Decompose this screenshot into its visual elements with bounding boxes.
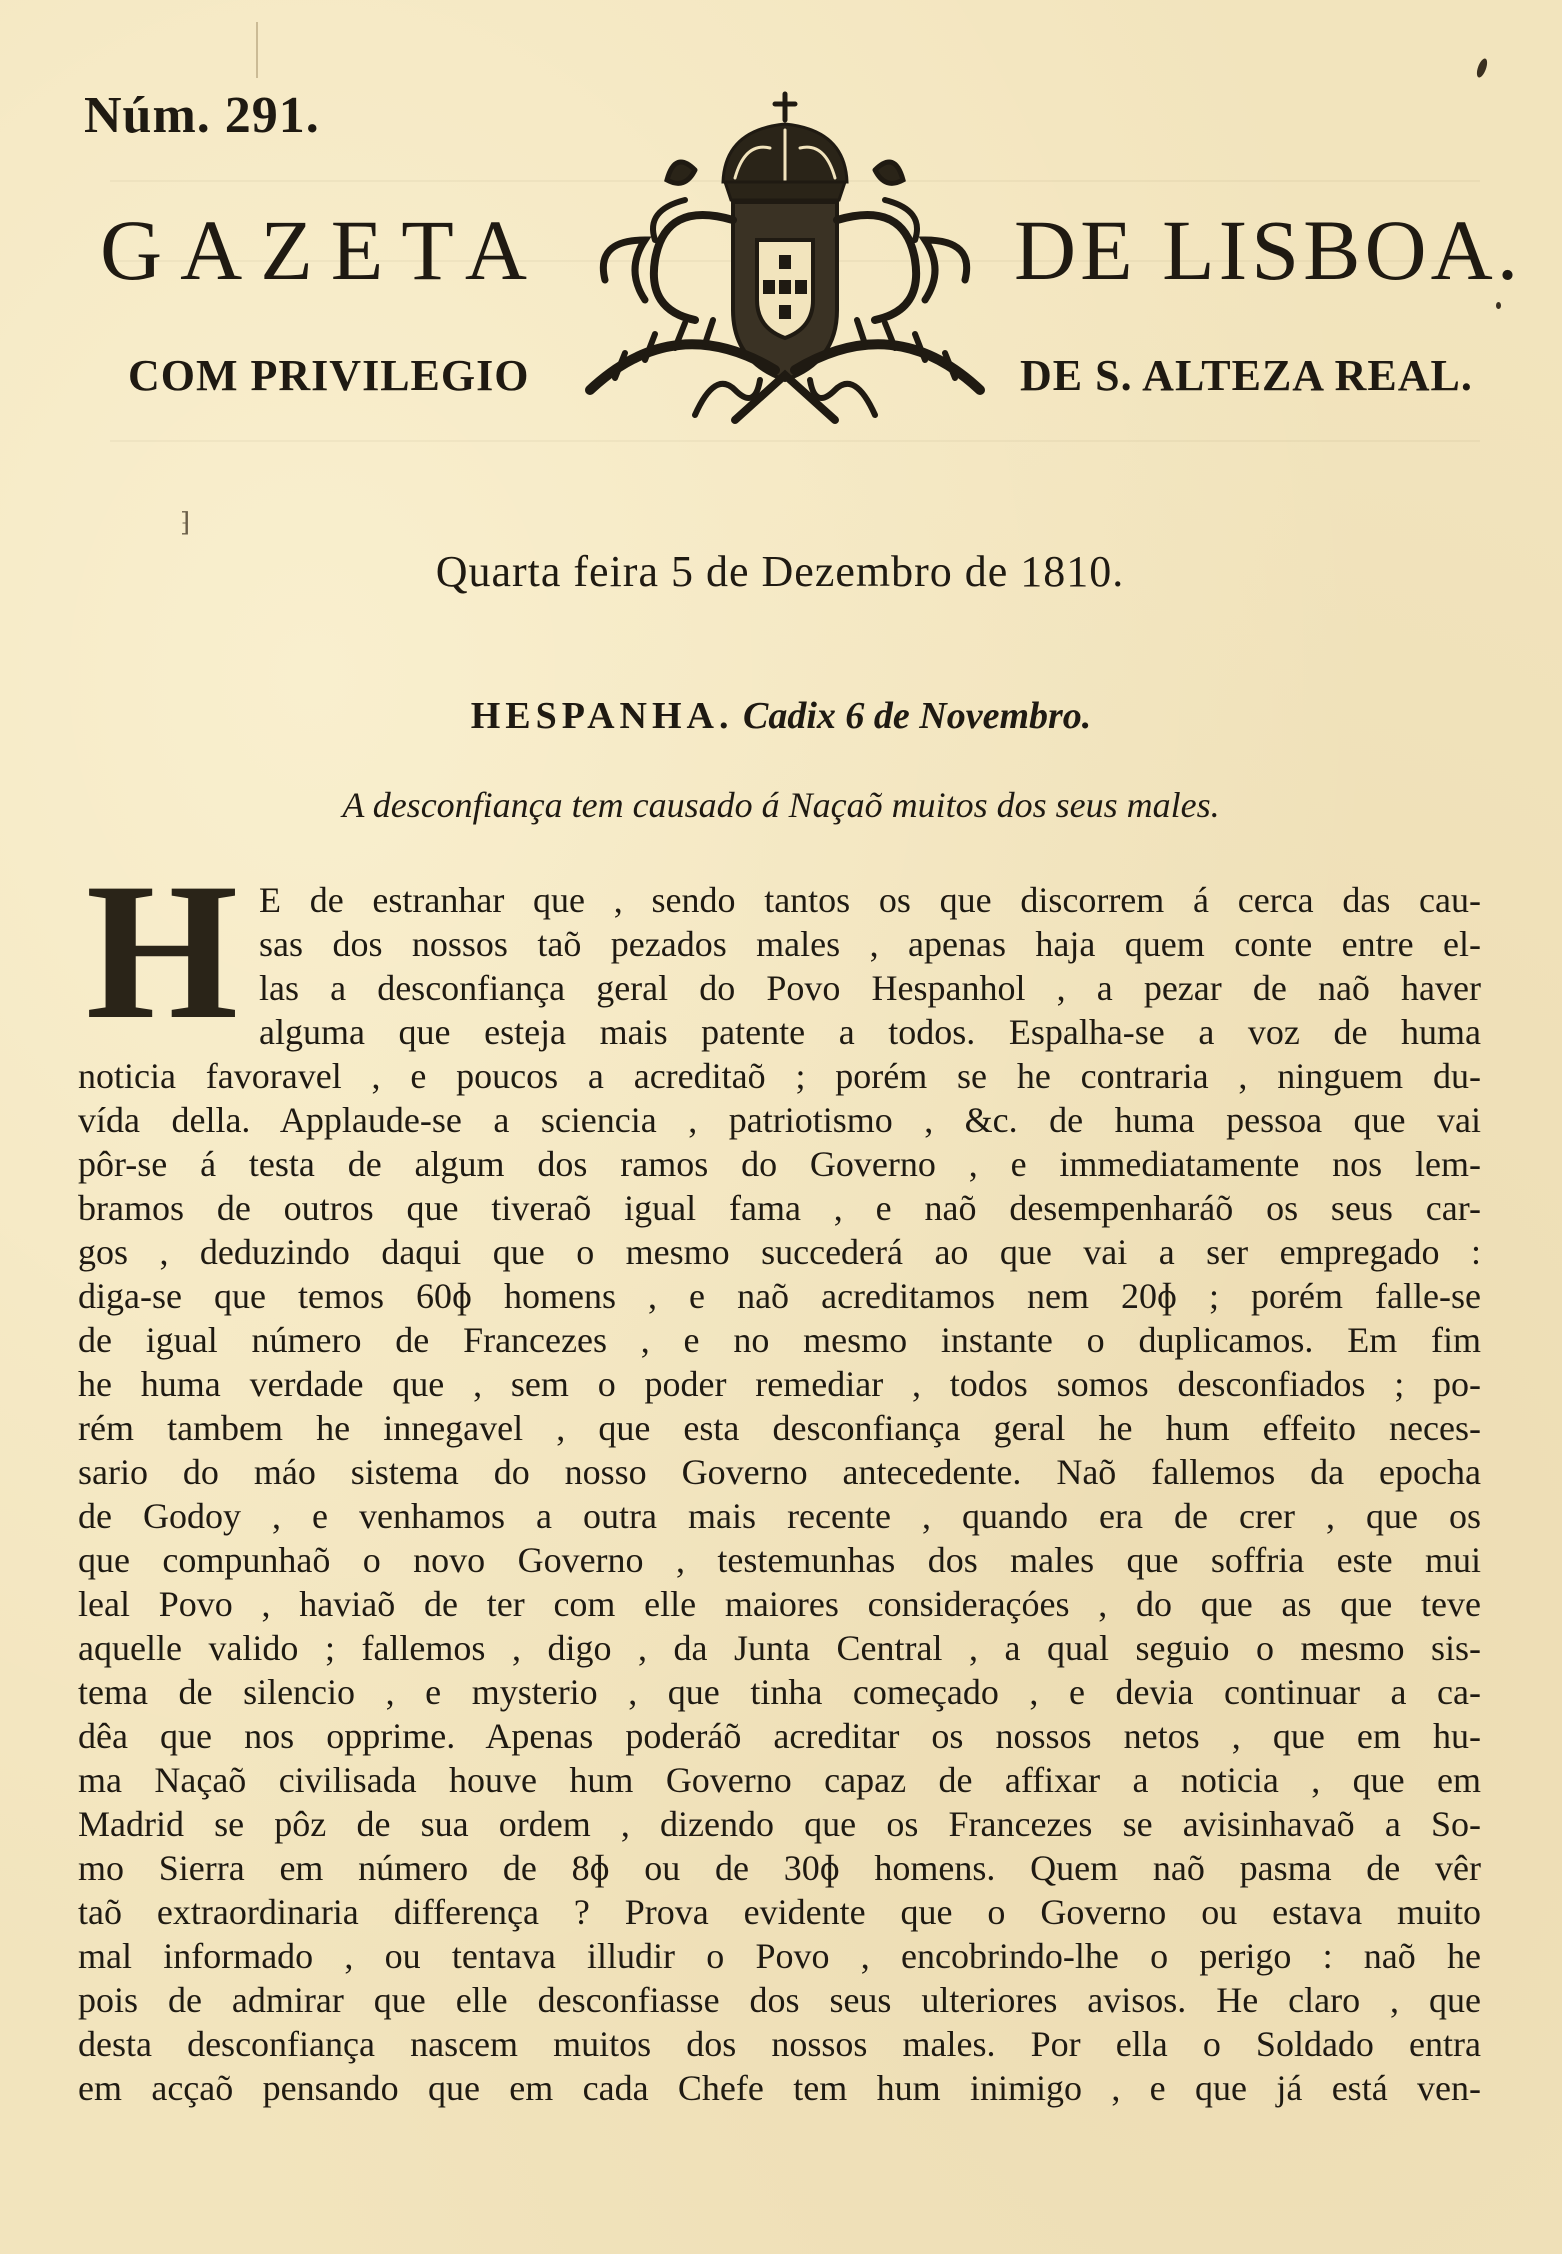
article-subtitle: A desconfiança tem causado á Naçaõ muito…	[0, 784, 1562, 826]
article-line: em acçaõ pensando que em cada Chefe tem …	[78, 2068, 1481, 2110]
royal-coat-of-arms-icon	[585, 90, 985, 425]
article-line: Madrid se pôz de sua ordem , dizendo que…	[78, 1804, 1481, 1846]
article-line: sas dos nossos taõ pezados males , apena…	[259, 924, 1481, 966]
article-line: rém tambem he innegavel , que esta desco…	[78, 1408, 1481, 1450]
article-line: noticia favoravel , e poucos a acreditaõ…	[78, 1056, 1481, 1098]
article-line: las a desconfiança geral do Povo Hespanh…	[259, 968, 1481, 1010]
article-line: desta desconfiança nascem muitos dos nos…	[78, 2024, 1481, 2066]
article-line: pôr-se á testa de algum dos ramos do Gov…	[78, 1144, 1481, 1186]
margin-mark: ⁆	[180, 508, 190, 538]
issue-number: Núm. 291.	[84, 86, 320, 145]
article-line: mo Sierra em número de 8ɸ ou de 30ɸ home…	[78, 1848, 1481, 1890]
article-line: pois de admirar que elle desconfiasse do…	[78, 1980, 1481, 2022]
article-line: he huma verdade que , sem o poder remedi…	[78, 1364, 1481, 1406]
ink-speck	[1496, 302, 1501, 309]
masthead-title-right: DE LISBOA.	[1014, 200, 1522, 300]
article-line: leal Povo , haviaõ de ter com elle maior…	[78, 1584, 1481, 1626]
article-line: ma Naçaõ civilisada houve hum Governo ca…	[78, 1760, 1481, 1802]
article-line: dêa que nos opprime. Apenas poderáõ acre…	[78, 1716, 1481, 1758]
privilege-right: DE S. ALTEZA REAL.	[1020, 350, 1473, 401]
article-line: alguma que esteja mais patente a todos. …	[259, 1012, 1481, 1054]
article-line: que compunhaõ o novo Governo , testemunh…	[78, 1540, 1481, 1582]
privilege-left: COM PRIVILEGIO	[128, 350, 529, 401]
paper-fiber	[256, 22, 258, 78]
article-line: vída della. Applaude-se a sciencia , pat…	[78, 1100, 1481, 1142]
issue-date: Quarta feira 5 de Dezembro de 1810.	[380, 546, 1180, 597]
ink-speck	[1475, 57, 1489, 79]
section-country: HESPANHA.	[471, 695, 734, 737]
article-line: taõ extraordinaria differença ? Prova ev…	[78, 1892, 1481, 1934]
show-through	[110, 440, 1480, 442]
section-dateline: Cadix 6 de Novembro.	[743, 695, 1091, 737]
article-line: diga-se que temos 60ɸ homens , e naõ acr…	[78, 1276, 1481, 1318]
article-line: aquelle valido ; fallemos , digo , da Ju…	[78, 1628, 1481, 1670]
article-line: mal informado , ou tentava illudir o Pov…	[78, 1936, 1481, 1978]
article-line: bramos de outros que tiveraõ igual fama …	[78, 1188, 1481, 1230]
drop-cap: H	[78, 872, 246, 1032]
article-line: de igual número de Francezes , e no mesm…	[78, 1320, 1481, 1362]
section-heading: HESPANHA. Cadix 6 de Novembro.	[0, 694, 1562, 738]
article-line: de Godoy , e venhamos a outra mais recen…	[78, 1496, 1481, 1538]
article-line: sario do máo sistema do nosso Governo an…	[78, 1452, 1481, 1494]
article-line: E de estranhar que , sendo tantos os que…	[259, 880, 1481, 922]
article-line: gos , deduzindo daqui que o mesmo succed…	[78, 1232, 1481, 1274]
article-line: tema de silencio , e mysterio , que tinh…	[78, 1672, 1481, 1714]
masthead-title-left: GAZETA	[100, 200, 545, 300]
